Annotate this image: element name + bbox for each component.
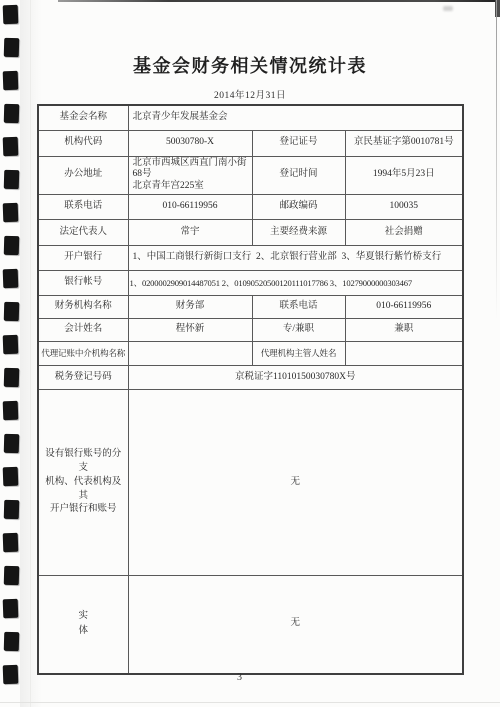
table-row: 设有银行账号的分支 机构、代表机构及其 开户银行和账号 无	[38, 390, 463, 576]
cell-reg-time-label: 登记时间	[252, 156, 345, 195]
cell-finance-dept-value: 财务部	[128, 296, 252, 319]
spiral-binding-hole	[3, 467, 19, 487]
cell-agency-manager-value	[345, 342, 463, 366]
page-bottom-edge	[0, 702, 500, 703]
cell-legal-rep-label: 法定代表人	[38, 220, 128, 246]
cell-reg-time-value: 1994年5月23日	[345, 156, 463, 195]
table-row: 办公地址 北京市西城区西直门南小街68号 北京青年宫225室 登记时间 1994…	[38, 156, 463, 195]
spiral-binding-hole	[4, 566, 20, 585]
page-left-edge	[30, 0, 31, 707]
cell-entity-label: 实 体	[38, 576, 128, 674]
spiral-binding-hole	[3, 599, 19, 619]
page-title: 基金会财务相关情况统计表	[0, 52, 500, 78]
spiral-binding-hole	[3, 137, 19, 157]
page-number: 3	[37, 672, 442, 683]
table-row: 会计姓名 程怀新 专/兼职 兼职	[38, 319, 463, 342]
cell-branches-value: 无	[128, 390, 463, 576]
spiral-binding-hole	[3, 665, 19, 685]
spiral-binding-hole	[3, 203, 19, 223]
table-row: 法定代表人 常宇 主要经费来源 社会捐赠	[38, 220, 463, 246]
table-row: 基金会名称 北京青少年发展基金会	[38, 105, 463, 130]
table-row: 机构代码 50030780-X 登记证号 京民基证字第0010781号	[38, 130, 463, 156]
cell-foundation-name-label: 基金会名称	[38, 105, 128, 130]
cell-accountant-label: 会计姓名	[38, 319, 128, 342]
spiral-binding-hole	[3, 401, 19, 421]
cell-bank-account-value: 1、0200002909014487051 2、0109052050012011…	[128, 271, 463, 296]
cell-bank-label: 开户银行	[38, 246, 128, 271]
cell-contact-phone-label: 联系电话	[38, 195, 128, 220]
scan-smudge-artifact	[443, 6, 453, 11]
cell-bank-value: 1、中国工商银行新街口支行 2、北京银行营业部 3、华夏银行紫竹桥支行	[128, 246, 463, 271]
cell-finance-phone-value: 010-66119956	[345, 296, 463, 319]
report-date: 2014年12月31日	[0, 87, 500, 101]
cell-accountant-value: 程怀新	[128, 319, 252, 342]
cell-reg-cert-label: 登记证号	[252, 130, 345, 156]
cell-employment-type-label: 专/兼职	[252, 319, 345, 342]
spiral-binding-hole	[4, 236, 20, 255]
cell-funding-source-value: 社会捐赠	[345, 220, 463, 246]
cell-org-code-label: 机构代码	[38, 130, 128, 156]
cell-org-code-value: 50030780-X	[128, 130, 252, 156]
table-row: 银行帐号 1、0200002909014487051 2、01090520500…	[38, 271, 463, 296]
cell-contact-phone-value: 010-66119956	[128, 195, 252, 220]
table-row: 代理记账中介机构名称 代理机构主管人姓名	[38, 342, 463, 366]
scanned-page: 基金会财务相关情况统计表 2014年12月31日 基金会名称 北京青少年发展基金…	[0, 0, 500, 707]
cell-office-address-label: 办公地址	[38, 156, 128, 195]
cell-funding-source-label: 主要经费来源	[252, 220, 345, 246]
cell-bank-account-label: 银行帐号	[38, 271, 128, 296]
cell-branches-label: 设有银行账号的分支 机构、代表机构及其 开户银行和账号	[38, 390, 128, 576]
spiral-binding-hole	[4, 632, 20, 651]
table-row: 税务登记号码 京税证字11010150030780X号	[38, 366, 463, 390]
cell-finance-dept-label: 财务机构名称	[38, 296, 128, 319]
spiral-binding-hole	[4, 302, 20, 321]
cell-agency-manager-label: 代理机构主管人姓名	[252, 342, 345, 366]
cell-entity-value: 无	[128, 576, 463, 674]
cell-postal-code-label: 邮政编码	[252, 195, 345, 220]
spiral-binding-hole	[4, 170, 20, 189]
spiral-binding-hole	[4, 500, 20, 519]
spiral-binding-hole	[3, 335, 19, 355]
table-row: 开户银行 1、中国工商银行新街口支行 2、北京银行营业部 3、华夏银行紫竹桥支行	[38, 246, 463, 271]
cell-tax-reg-value: 京税证字11010150030780X号	[128, 366, 463, 390]
cell-employment-type-value: 兼职	[345, 319, 463, 342]
table-row: 实 体 无	[38, 576, 463, 674]
table-row: 财务机构名称 财务部 联系电话 010-66119956	[38, 296, 463, 319]
spiral-binding	[0, 0, 22, 707]
cell-finance-phone-label: 联系电话	[252, 296, 345, 319]
cell-foundation-name-value: 北京青少年发展基金会	[128, 105, 463, 130]
spiral-binding-hole	[3, 269, 19, 289]
spiral-binding-hole	[4, 434, 20, 453]
spiral-binding-hole	[4, 104, 20, 123]
scan-top-edge-artifact	[58, 0, 500, 2]
table-row: 联系电话 010-66119956 邮政编码 100035	[38, 195, 463, 220]
cell-postal-code-value: 100035	[345, 195, 463, 220]
cell-agency-name-value	[128, 342, 252, 366]
cell-agency-name-label: 代理记账中介机构名称	[38, 342, 128, 366]
statistics-table: 基金会名称 北京青少年发展基金会 机构代码 50030780-X 登记证号 京民…	[37, 104, 464, 675]
cell-office-address-value: 北京市西城区西直门南小街68号 北京青年宫225室	[128, 156, 252, 195]
cell-legal-rep-value: 常宇	[128, 220, 252, 246]
cell-reg-cert-value: 京民基证字第0010781号	[345, 130, 463, 156]
cell-tax-reg-label: 税务登记号码	[38, 366, 128, 390]
spiral-binding-hole	[3, 5, 19, 25]
page-right-edge	[496, 0, 497, 320]
spiral-binding-hole	[3, 533, 19, 553]
spiral-binding-hole	[4, 368, 20, 387]
